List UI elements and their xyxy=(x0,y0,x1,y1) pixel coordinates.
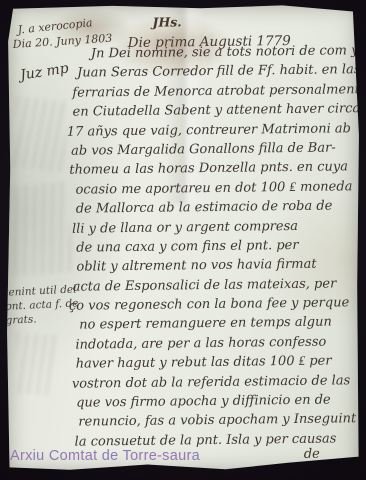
margin-note: tenint util del pnt. acta f. de grats. xyxy=(4,282,79,327)
catchword: de xyxy=(304,447,320,462)
photo-background: J. a xerocopia Dia 20. Juny 1803 JHs. Di… xyxy=(0,0,366,480)
notary-rubric: Juz mp xyxy=(19,60,70,83)
archive-watermark-text: Arxiu Comtat de Torre-saura xyxy=(10,448,200,464)
manuscript-body: Jn Dei nomine, sie a tots notori de com … xyxy=(65,41,366,452)
manuscript-page: J. a xerocopia Dia 20. Juny 1803 JHs. Di… xyxy=(6,4,360,473)
manuscript-line: de Mallorca ab la estimacio de roba de xyxy=(76,196,366,219)
handwriting-layer: J. a xerocopia Dia 20. Juny 1803 JHs. Di… xyxy=(5,0,365,473)
jhs-monogram: JHs. xyxy=(152,14,181,29)
